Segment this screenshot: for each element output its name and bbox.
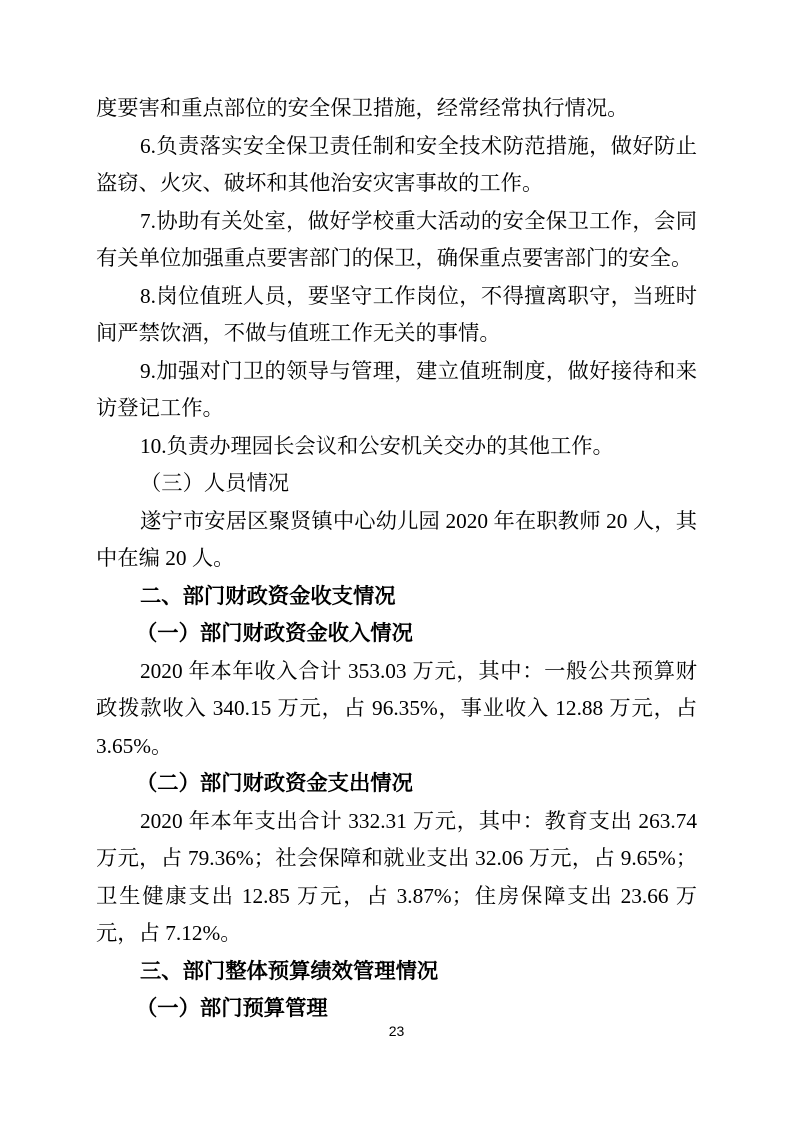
duty-item-10: 10.负责办理园长会议和公安机关交办的其他工作。 (96, 428, 697, 466)
document-page: 度要害和重点部位的安全保卫措施，经常经常执行情况。 6.负责落实安全保卫责任制和… (0, 0, 793, 1122)
duty-item-7: 7.协助有关处室，做好学校重大活动的安全保卫工作，会同有关单位加强重点要害部门的… (96, 203, 697, 278)
document-body: 度要害和重点部位的安全保卫措施，经常经常执行情况。 6.负责落实安全保卫责任制和… (96, 90, 697, 1028)
duty-item-9: 9.加强对门卫的领导与管理，建立值班制度，做好接待和来访登记工作。 (96, 353, 697, 428)
paragraph-staff-numbers: 遂宁市安居区聚贤镇中心幼儿园 2020 年在职教师 20 人，其中在编 20 人… (96, 503, 697, 578)
section-heading-finance: 二、部门财政资金收支情况 (96, 578, 697, 616)
subsection-title-personnel: （三）人员情况 (96, 465, 697, 503)
page-number: 23 (0, 1022, 793, 1040)
section-heading-performance: 三、部门整体预算绩效管理情况 (96, 953, 697, 991)
paragraph-income-detail: 2020 年本年收入合计 353.03 万元，其中：一般公共预算财政拨款收入 3… (96, 653, 697, 766)
duty-item-6: 6.负责落实安全保卫责任制和安全技术防范措施，做好防止盗窃、火灾、破坏和其他治安… (96, 128, 697, 203)
subsection-heading-income: （一）部门财政资金收入情况 (96, 615, 697, 653)
paragraph-continuation: 度要害和重点部位的安全保卫措施，经常经常执行情况。 (96, 90, 697, 128)
duty-item-8: 8.岗位值班人员，要坚守工作岗位，不得擅离职守，当班时间严禁饮酒，不做与值班工作… (96, 278, 697, 353)
subsection-heading-expenditure: （二）部门财政资金支出情况 (96, 765, 697, 803)
paragraph-expenditure-detail: 2020 年本年支出合计 332.31 万元，其中：教育支出 263.74 万元… (96, 803, 697, 953)
